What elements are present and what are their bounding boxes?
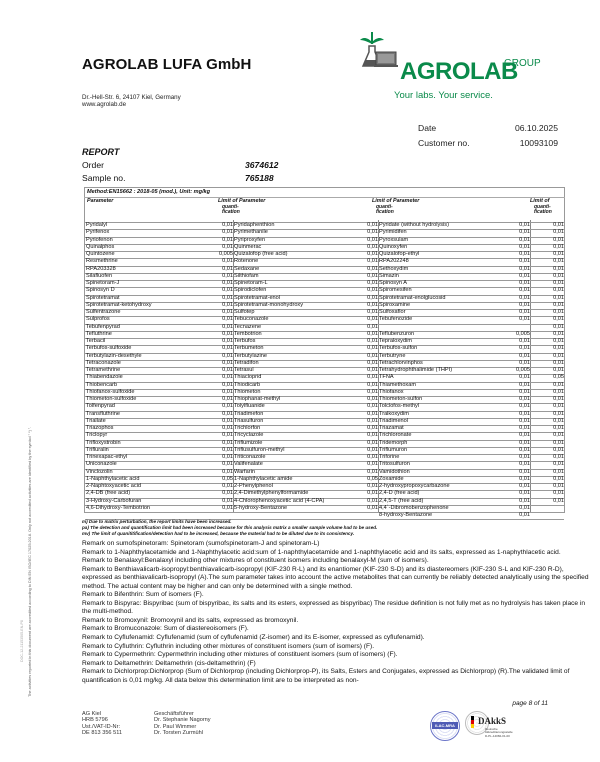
limit-value: 0,01	[553, 244, 564, 251]
table-row: 0,01	[0, 498, 600, 505]
table-row: 0,01	[0, 222, 600, 229]
limit-value: 0,05	[553, 374, 564, 381]
limit-value: 0,01	[553, 454, 564, 461]
accreditation-note: The activities reported in this document…	[28, 427, 32, 697]
limit-value: 0,01	[553, 469, 564, 476]
court-registration: AG Kiel HRB 5796 Ust./VAT-ID-Nr: DE 813 …	[82, 711, 122, 737]
ilac-mra-seal-icon: ILAC-MRA	[430, 711, 460, 741]
limit-value: 0,01	[553, 498, 564, 505]
table-row: 0,01	[0, 476, 600, 483]
report-title: REPORT	[82, 147, 119, 157]
remark: Remark to Bifenthrin: Sum of isomers (F)…	[82, 591, 592, 600]
limit-value: 0,01	[553, 490, 564, 497]
logo-group-label: GROUP	[504, 58, 541, 69]
limit-value: 0,01	[519, 512, 530, 519]
limit-value: 0,01	[553, 367, 564, 374]
limit-value: 0,01	[553, 295, 564, 302]
table-row: 0,018-hydroxy-Bentazone	[0, 512, 600, 519]
limit-value: 0,01	[553, 345, 564, 352]
col-header-limit: Limit of Parameter quanti-fication	[218, 199, 265, 216]
flask-plant-icon	[358, 30, 402, 74]
table-row: 0,01	[0, 432, 600, 439]
limit-value: 0,01	[553, 382, 564, 389]
table-row: 0,01	[0, 258, 600, 265]
parameter-name: 4,4´-Dibromobenzophenone	[379, 505, 449, 512]
website: www.agrolab.de	[82, 101, 181, 108]
limit-value: 0,01	[553, 353, 564, 360]
table-row: 0,01	[0, 425, 600, 432]
limit-value: 0,01	[553, 309, 564, 316]
col-header-limit-3: Limit of Parameter quanti-fication	[372, 199, 419, 216]
limit-value: 0,01	[553, 432, 564, 439]
agrolab-logo: AGROLAB GROUP Your labs. Your service.	[358, 30, 548, 100]
table-row: 0,01	[0, 295, 600, 302]
table-row: 0,01	[0, 483, 600, 490]
table-row: 0,01	[0, 237, 600, 244]
limit-value: 0,01	[553, 266, 564, 273]
remark: Remark to Bromoxynil: Bromoxynil and its…	[82, 617, 592, 626]
page-number: page 8 of 11	[512, 700, 548, 707]
method-line: Method:EN15662 : 2018-05 (mod.), Unit: m…	[87, 189, 210, 195]
remark: Remark on sumofspinetoram: Spinetoram (s…	[82, 540, 592, 549]
table-row: 0,01	[0, 454, 600, 461]
table-row: 0,01	[0, 440, 600, 447]
limit-value: 0,01	[553, 461, 564, 468]
remark: Remark to Cyflufenamid: Cyflufenamid (su…	[82, 634, 592, 643]
limit-value: 0,01	[553, 338, 564, 345]
limit-value: 0,01	[553, 418, 564, 425]
table-row: 0,01	[0, 266, 600, 273]
remark: Remark to Deltamethrin: Deltamethrin (ci…	[82, 660, 592, 669]
date-label: Date	[418, 123, 436, 133]
table-row: 0,01	[0, 251, 600, 258]
table-row: 0,01	[0, 273, 600, 280]
table-row: 0,014,4´-Dibromobenzophenone	[0, 505, 600, 512]
limit-value: 0,01	[553, 396, 564, 403]
footnote: mv) The limit of quanititification/detec…	[82, 531, 592, 537]
table-row: 0,01	[0, 396, 600, 403]
divider	[84, 197, 565, 198]
limit-value: 0,01	[553, 237, 564, 244]
date-value: 06.10.2025	[515, 123, 558, 133]
limit-value: 0,01	[553, 389, 564, 396]
limit-value: 0,01	[519, 505, 530, 512]
table-row: 0,01	[0, 469, 600, 476]
table-row: 0,05	[0, 374, 600, 381]
logo-wordmark: AGROLAB	[400, 58, 518, 86]
customer-label: Customer no.	[418, 138, 470, 148]
table-row: 0,01	[0, 418, 600, 425]
customer-value: 10093109	[520, 138, 558, 148]
col-header-parameter: Parameter	[87, 199, 113, 205]
remarks: Remark on sumofspinetoram: Spinetoram (s…	[82, 540, 592, 685]
table-row: 0,01	[0, 447, 600, 454]
limit-value: 0,01	[553, 258, 564, 265]
remark: Remark to Benalaxyl:Benalaxyl including …	[82, 557, 592, 566]
table-row: 0,01	[0, 353, 600, 360]
table-row: 0,01	[0, 324, 600, 331]
remark: Remark to 1-Naphthylacetamide and 1-Naph…	[82, 549, 592, 558]
sample-value: 765188	[245, 173, 274, 183]
company-name: AGROLAB LUFA GmbH	[82, 56, 251, 73]
table-row: 0,01	[0, 360, 600, 367]
table-row: 0,01	[0, 345, 600, 352]
limit-value: 0,01	[553, 403, 564, 410]
order-value: 3674612	[245, 160, 278, 170]
limit-value: 0,01	[553, 483, 564, 490]
limit-value: 0,01	[553, 440, 564, 447]
limit-value: 0,01	[553, 302, 564, 309]
table-row: 0,01	[0, 287, 600, 294]
remark: Remark to Cypermethrin: Cypermethrin inc…	[82, 651, 592, 660]
remark: Remark to Bispyrac: Bispyribac (sum of b…	[82, 600, 592, 617]
table-row: 0,01	[0, 229, 600, 236]
limit-value: 0,01	[553, 273, 564, 280]
table-row: 0,01	[0, 367, 600, 374]
dakks-logo: DAkkS Deutsche Akkreditierungsstelle D-P…	[465, 711, 525, 741]
limit-value: 0,01	[553, 324, 564, 331]
limit-value: 0,01	[553, 447, 564, 454]
table-row: 0,01	[0, 244, 600, 251]
footnotes: m) Due to matrix perturbation, the repor…	[82, 519, 592, 538]
limit-value: 0,01	[553, 316, 564, 323]
remark: Remark to Dichlorprop:Dichlorprop (Sum o…	[82, 668, 592, 685]
limit-value: 0,01	[553, 251, 564, 258]
limit-value: 0,01	[553, 425, 564, 432]
table-row: 0,01	[0, 316, 600, 323]
limit-value: 0,01	[553, 331, 564, 338]
document-code: DOC-12-21153505-EN-P8	[20, 620, 24, 662]
order-label: Order	[82, 160, 104, 170]
remark: Remark to Bromuconazole: Sum of diastere…	[82, 625, 592, 634]
logo-tagline: Your labs. Your service.	[394, 90, 493, 101]
col-header-limit-4: Limit of quanti-fication	[530, 199, 552, 216]
limit-value: 0,01	[553, 476, 564, 483]
management: Geschäftsführer Dr. Stephanie Nagorny Dr…	[154, 711, 211, 737]
limit-value: 0,01	[553, 222, 564, 229]
limit-value: 0,01	[553, 280, 564, 287]
german-flag-icon	[471, 716, 474, 728]
table-row: 0,01	[0, 309, 600, 316]
table-row: 0,01	[0, 382, 600, 389]
table-row: 0,01	[0, 411, 600, 418]
parameter-name: 8-hydroxy-Bentazone	[379, 512, 432, 519]
table-row: 0,01	[0, 490, 600, 497]
limit-value: 0,01	[553, 360, 564, 367]
limit-value: 0,01	[553, 287, 564, 294]
table-row: 0,01	[0, 403, 600, 410]
address-line: Dr.-Hell-Str. 6, 24107 Kiel, Germany	[82, 94, 181, 101]
table-row: 0,01	[0, 302, 600, 309]
limit-value: 0,01	[553, 229, 564, 236]
limit-value: 0,01	[553, 411, 564, 418]
table-row: 0,01	[0, 280, 600, 287]
remark: Remark to Benthiavalicarb-isopropyl:bent…	[82, 566, 592, 592]
sample-label: Sample no.	[82, 173, 125, 183]
table-row: 0,01	[0, 389, 600, 396]
table-row: 0,01	[0, 461, 600, 468]
company-address: Dr.-Hell-Str. 6, 24107 Kiel, Germany www…	[82, 94, 181, 108]
table-row: 0,01	[0, 331, 600, 338]
table-row: 0,01	[0, 338, 600, 345]
remark: Remark to Cyfluthrin: Cyfluthrin includi…	[82, 643, 592, 652]
